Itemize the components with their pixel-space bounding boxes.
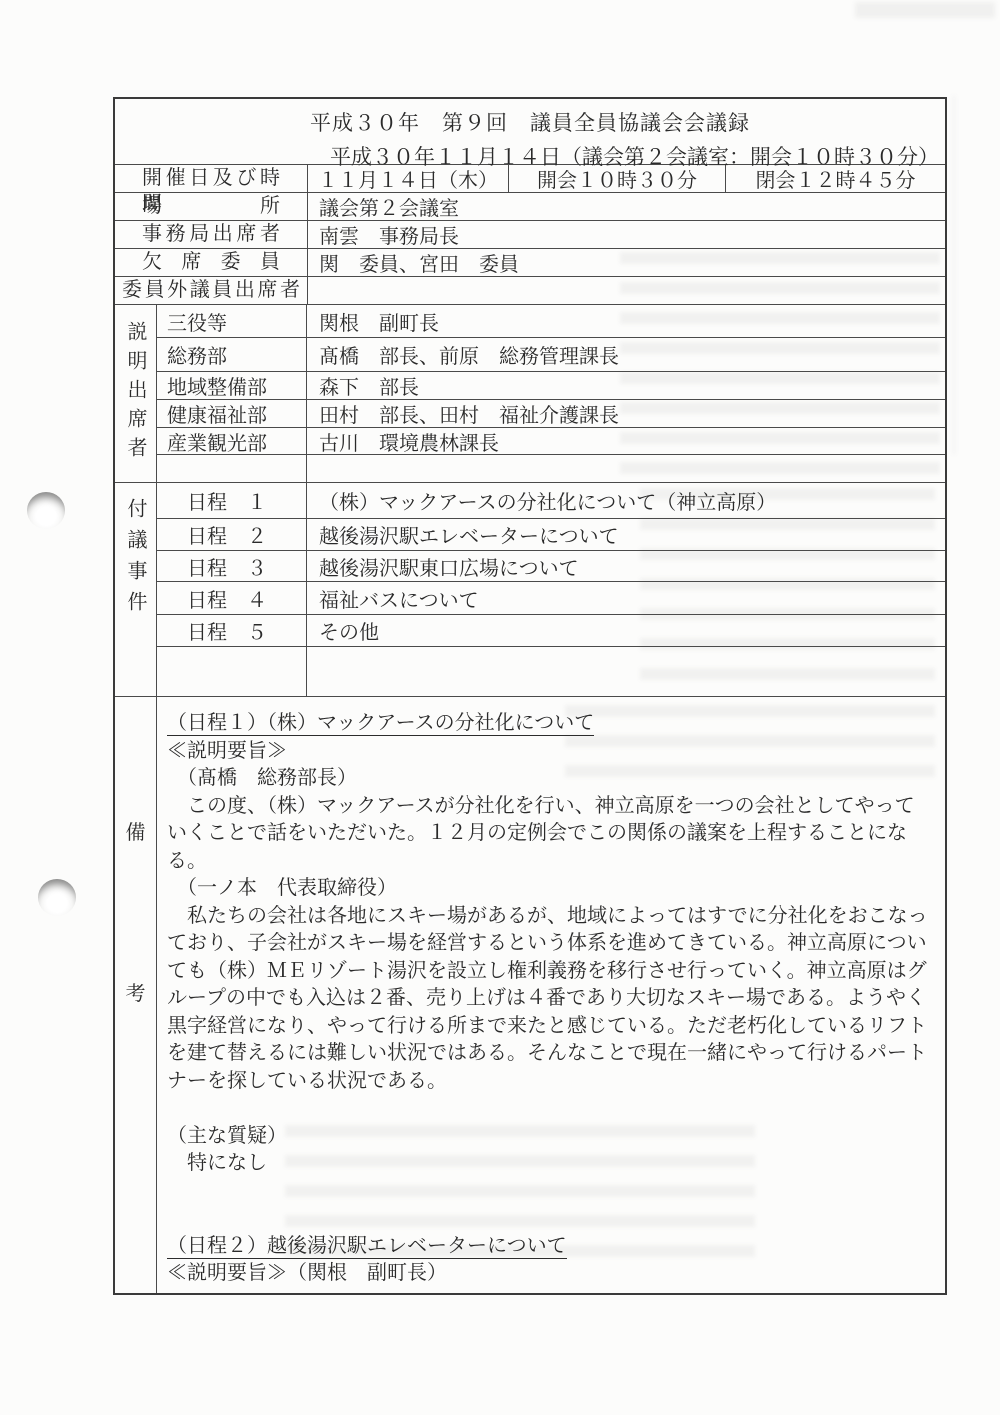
table-row-secretariat: 事務局出席者 南雲 事務局長 xyxy=(115,221,945,249)
agenda-no: 日程 １ xyxy=(157,483,307,518)
notes-section: 備 考 （日程１）（株）マックアースの分社化について ≪説明要旨≫ （髙橋 総務… xyxy=(115,697,945,1293)
agenda-row: 日程 ５ その他 xyxy=(157,615,945,647)
notes-line: （一ノ本 代表取締役） xyxy=(167,875,937,903)
document-title: 平成３０年 第９回 議員全員協議会会議録 xyxy=(115,107,945,137)
agenda-item: 福祉バスについて xyxy=(307,582,945,614)
agenda-row-empty xyxy=(157,647,945,696)
notes-line: ≪説明要旨≫（関根 副町長） xyxy=(167,1260,937,1288)
notes-label-char: 備 xyxy=(126,816,146,845)
attendees-vertical-label: 説明出席者 xyxy=(115,305,157,482)
notes-line: 黒字経営になり、やって行ける所まで来たと感じている。ただ老朽化しているリフト xyxy=(167,1013,937,1041)
agenda-item: その他 xyxy=(307,615,945,646)
notes-content: （日程１）（株）マックアースの分社化について ≪説明要旨≫ （髙橋 総務部長） … xyxy=(157,697,945,1293)
table-row-datetime: 開催日及び時間 １１月１４日（木） 開会１０時３０分 閉会１２時４５分 xyxy=(115,165,945,193)
table-row: 地域整備部 森下 部長 xyxy=(157,372,945,400)
dept-label: 健康福祉部 xyxy=(157,400,307,427)
absent-cell: 関 委員、宮田 委員 xyxy=(308,249,945,276)
dept-names: 髙橋 部長、前原 総務管理課長 xyxy=(307,338,945,371)
table-row-place: 場所 議会第２会議室 xyxy=(115,193,945,221)
notes-line: 私たちの会社は各地にスキー場があるが、地域によってはすでに分社化をおこなっ xyxy=(167,903,937,931)
secretariat-cell: 南雲 事務局長 xyxy=(308,221,945,248)
notes-line-blank xyxy=(167,1205,937,1233)
title-block: 平成３０年 第９回 議員全員協議会会議録 平成３０年１１月１４日（議会第２会議室… xyxy=(115,99,945,165)
agenda-row: 日程 １ （株）マックアースの分社化について（神立高原） xyxy=(157,483,945,519)
row-label: 開催日及び時間 xyxy=(115,165,308,192)
agenda-row: 日程 ２ 越後湯沢駅エレベーターについて xyxy=(157,519,945,551)
dept-label: 三役等 xyxy=(157,305,307,337)
scan-streak-right-edge xyxy=(952,95,956,455)
notes-heading: （日程２）越後湯沢駅エレベーターについて xyxy=(167,1233,937,1261)
dept-names: 森下 部長 xyxy=(307,372,945,399)
dept-names: 古川 環境農林課長 xyxy=(307,428,945,454)
agenda-item: 越後湯沢駅東口広場について xyxy=(307,551,945,581)
notes-heading: （日程１）（株）マックアースの分社化について xyxy=(167,710,937,738)
notes-line: いくことで話をいただいた。１２月の定例会でこの関係の議案を上程することにな xyxy=(167,820,937,848)
nonmember-cell xyxy=(308,277,945,304)
agenda-item: 越後湯沢駅エレベーターについて xyxy=(307,519,945,550)
row-label: 事務局出席者 xyxy=(115,221,308,248)
attendees-section: 説明出席者 三役等 関根 副町長 総務部 髙橋 部長、前原 総務管理課長 地域整… xyxy=(115,305,945,483)
dept-label: 産業観光部 xyxy=(157,428,307,454)
dept-label: 地域整備部 xyxy=(157,372,307,399)
agenda-section: 付議事件 日程 １ （株）マックアースの分社化について（神立高原） 日程 ２ 越… xyxy=(115,483,945,697)
dept-names: 関根 副町長 xyxy=(307,305,945,337)
open-time-cell: 開会１０時３０分 xyxy=(509,165,726,192)
agenda-no: 日程 ５ xyxy=(157,615,307,646)
row-label: 欠席委員 xyxy=(115,249,308,276)
notes-line: ても（株）ＭＥリゾート湯沢を設立し権利義務を移行させ行っていく。神立高原はグ xyxy=(167,958,937,986)
agenda-item: （株）マックアースの分社化について（神立高原） xyxy=(307,483,945,518)
notes-line-blank xyxy=(167,1178,937,1206)
notes-label-char: 考 xyxy=(126,977,146,1006)
close-time-cell: 閉会１２時４５分 xyxy=(726,165,945,192)
dept-label: 総務部 xyxy=(157,338,307,371)
agenda-no: 日程 ４ xyxy=(157,582,307,614)
notes-line: ナーを探している状況である。 xyxy=(167,1068,937,1096)
dept-label xyxy=(157,455,307,482)
agenda-row: 日程 ３ 越後湯沢駅東口広場について xyxy=(157,551,945,582)
scan-smudge-top-right xyxy=(855,2,995,18)
agenda-no xyxy=(157,647,307,696)
date-cell: １１月１４日（木） xyxy=(308,165,509,192)
table-row: 三役等 関根 副町長 xyxy=(157,305,945,338)
notes-line: （髙橋 総務部長） xyxy=(167,765,937,793)
notes-line: ループの中でも入込は２番、売り上げは４番であり大切なスキー場である。ようやく xyxy=(167,985,937,1013)
notes-line: を建て替えるには難しい状況ではある。そんなことで現在一緒にやって行けるパート xyxy=(167,1040,937,1068)
agenda-row: 日程 ４ 福祉バスについて xyxy=(157,582,945,615)
agenda-item xyxy=(307,647,945,696)
dept-names xyxy=(307,455,945,482)
row-label: 委員外議員出席者 xyxy=(115,277,308,304)
table-row-nonmember: 委員外議員出席者 xyxy=(115,277,945,305)
table-row: 健康福祉部 田村 部長、田村 福祉介護課長 xyxy=(157,400,945,428)
notes-line-blank xyxy=(167,1095,937,1123)
minutes-table: 平成３０年 第９回 議員全員協議会会議録 平成３０年１１月１４日（議会第２会議室… xyxy=(113,97,947,1295)
table-row-absent: 欠席委員 関 委員、宮田 委員 xyxy=(115,249,945,277)
notes-line: る。 xyxy=(167,848,937,876)
table-row: 産業観光部 古川 環境農林課長 xyxy=(157,428,945,455)
notes-line: 特になし xyxy=(167,1150,937,1178)
table-row-empty xyxy=(157,455,945,482)
notes-vertical-label: 備 考 xyxy=(115,697,157,1293)
punch-hole xyxy=(38,879,76,916)
notes-line: この度、（株）マックアースが分社化を行い、神立高原を一つの会社としてやって xyxy=(167,793,937,821)
notes-line: ており、子会社がスキー場を経営するという体系を進めてきている。神立高原につい xyxy=(167,930,937,958)
row-label: 場所 xyxy=(115,193,308,220)
scanned-minutes-page: 平成３０年 第９回 議員全員協議会会議録 平成３０年１１月１４日（議会第２会議室… xyxy=(0,0,1000,1415)
notes-line: （主な質疑） xyxy=(167,1123,937,1151)
dept-names: 田村 部長、田村 福祉介護課長 xyxy=(307,400,945,427)
table-row: 総務部 髙橋 部長、前原 総務管理課長 xyxy=(157,338,945,372)
notes-line: ≪説明要旨≫ xyxy=(167,738,937,766)
place-cell: 議会第２会議室 xyxy=(308,193,945,220)
punch-hole xyxy=(27,492,65,529)
agenda-no: 日程 ３ xyxy=(157,551,307,581)
agenda-no: 日程 ２ xyxy=(157,519,307,550)
